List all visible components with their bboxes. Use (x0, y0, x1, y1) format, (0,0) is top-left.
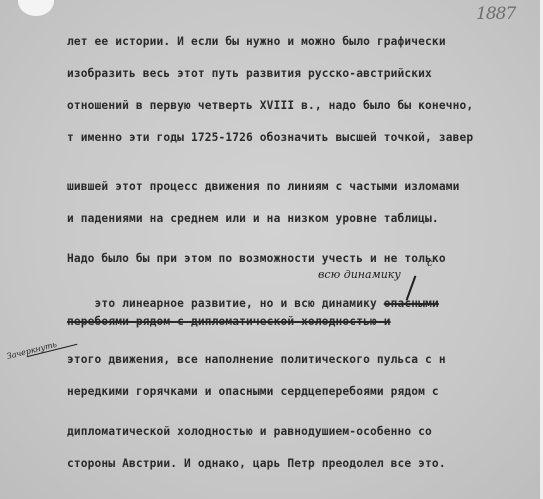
text-line-2: изобразить весь этот путь развития русск… (67, 67, 432, 80)
text-line-3: отношений в первую четверть XVIII в., на… (67, 99, 473, 112)
page-number: 1887 (476, 4, 515, 24)
torn-corner (18, 0, 54, 16)
text-line-10: этого движения, все наполнение политичес… (67, 353, 446, 366)
text-line-12: дипломатической холодностью и равнодушие… (67, 425, 432, 438)
text-line-6: и падениями на среднем или и на низком у… (67, 212, 439, 225)
text-line-1: лет ее истории. И если бы нужно и можно … (67, 35, 446, 48)
scanned-page: 1887 лет ее истории. И если бы нужно и м… (0, 0, 543, 499)
text-line-7: Надо было бы при этом по возможности уче… (67, 252, 446, 265)
struck-word: опасными (384, 297, 439, 310)
text-line-5: шившей этот процесс движения по линиям с… (67, 180, 459, 193)
text-line-4: т именно эти годы 1725-1726 обозначить в… (67, 131, 473, 144)
text-line-8-main: это линеарное развитие, но и всю динамик… (95, 297, 377, 310)
text-line-11: нередкими горячками и опасными сердцепер… (67, 385, 439, 398)
struck-line: перебоями рядом с дипломатической холодн… (67, 315, 391, 328)
text-line-13: стороны Австрии. И однако, царь Петр пре… (67, 457, 446, 470)
handwritten-mark: с (427, 258, 433, 269)
handwritten-insertion: всю динамику (318, 268, 401, 281)
